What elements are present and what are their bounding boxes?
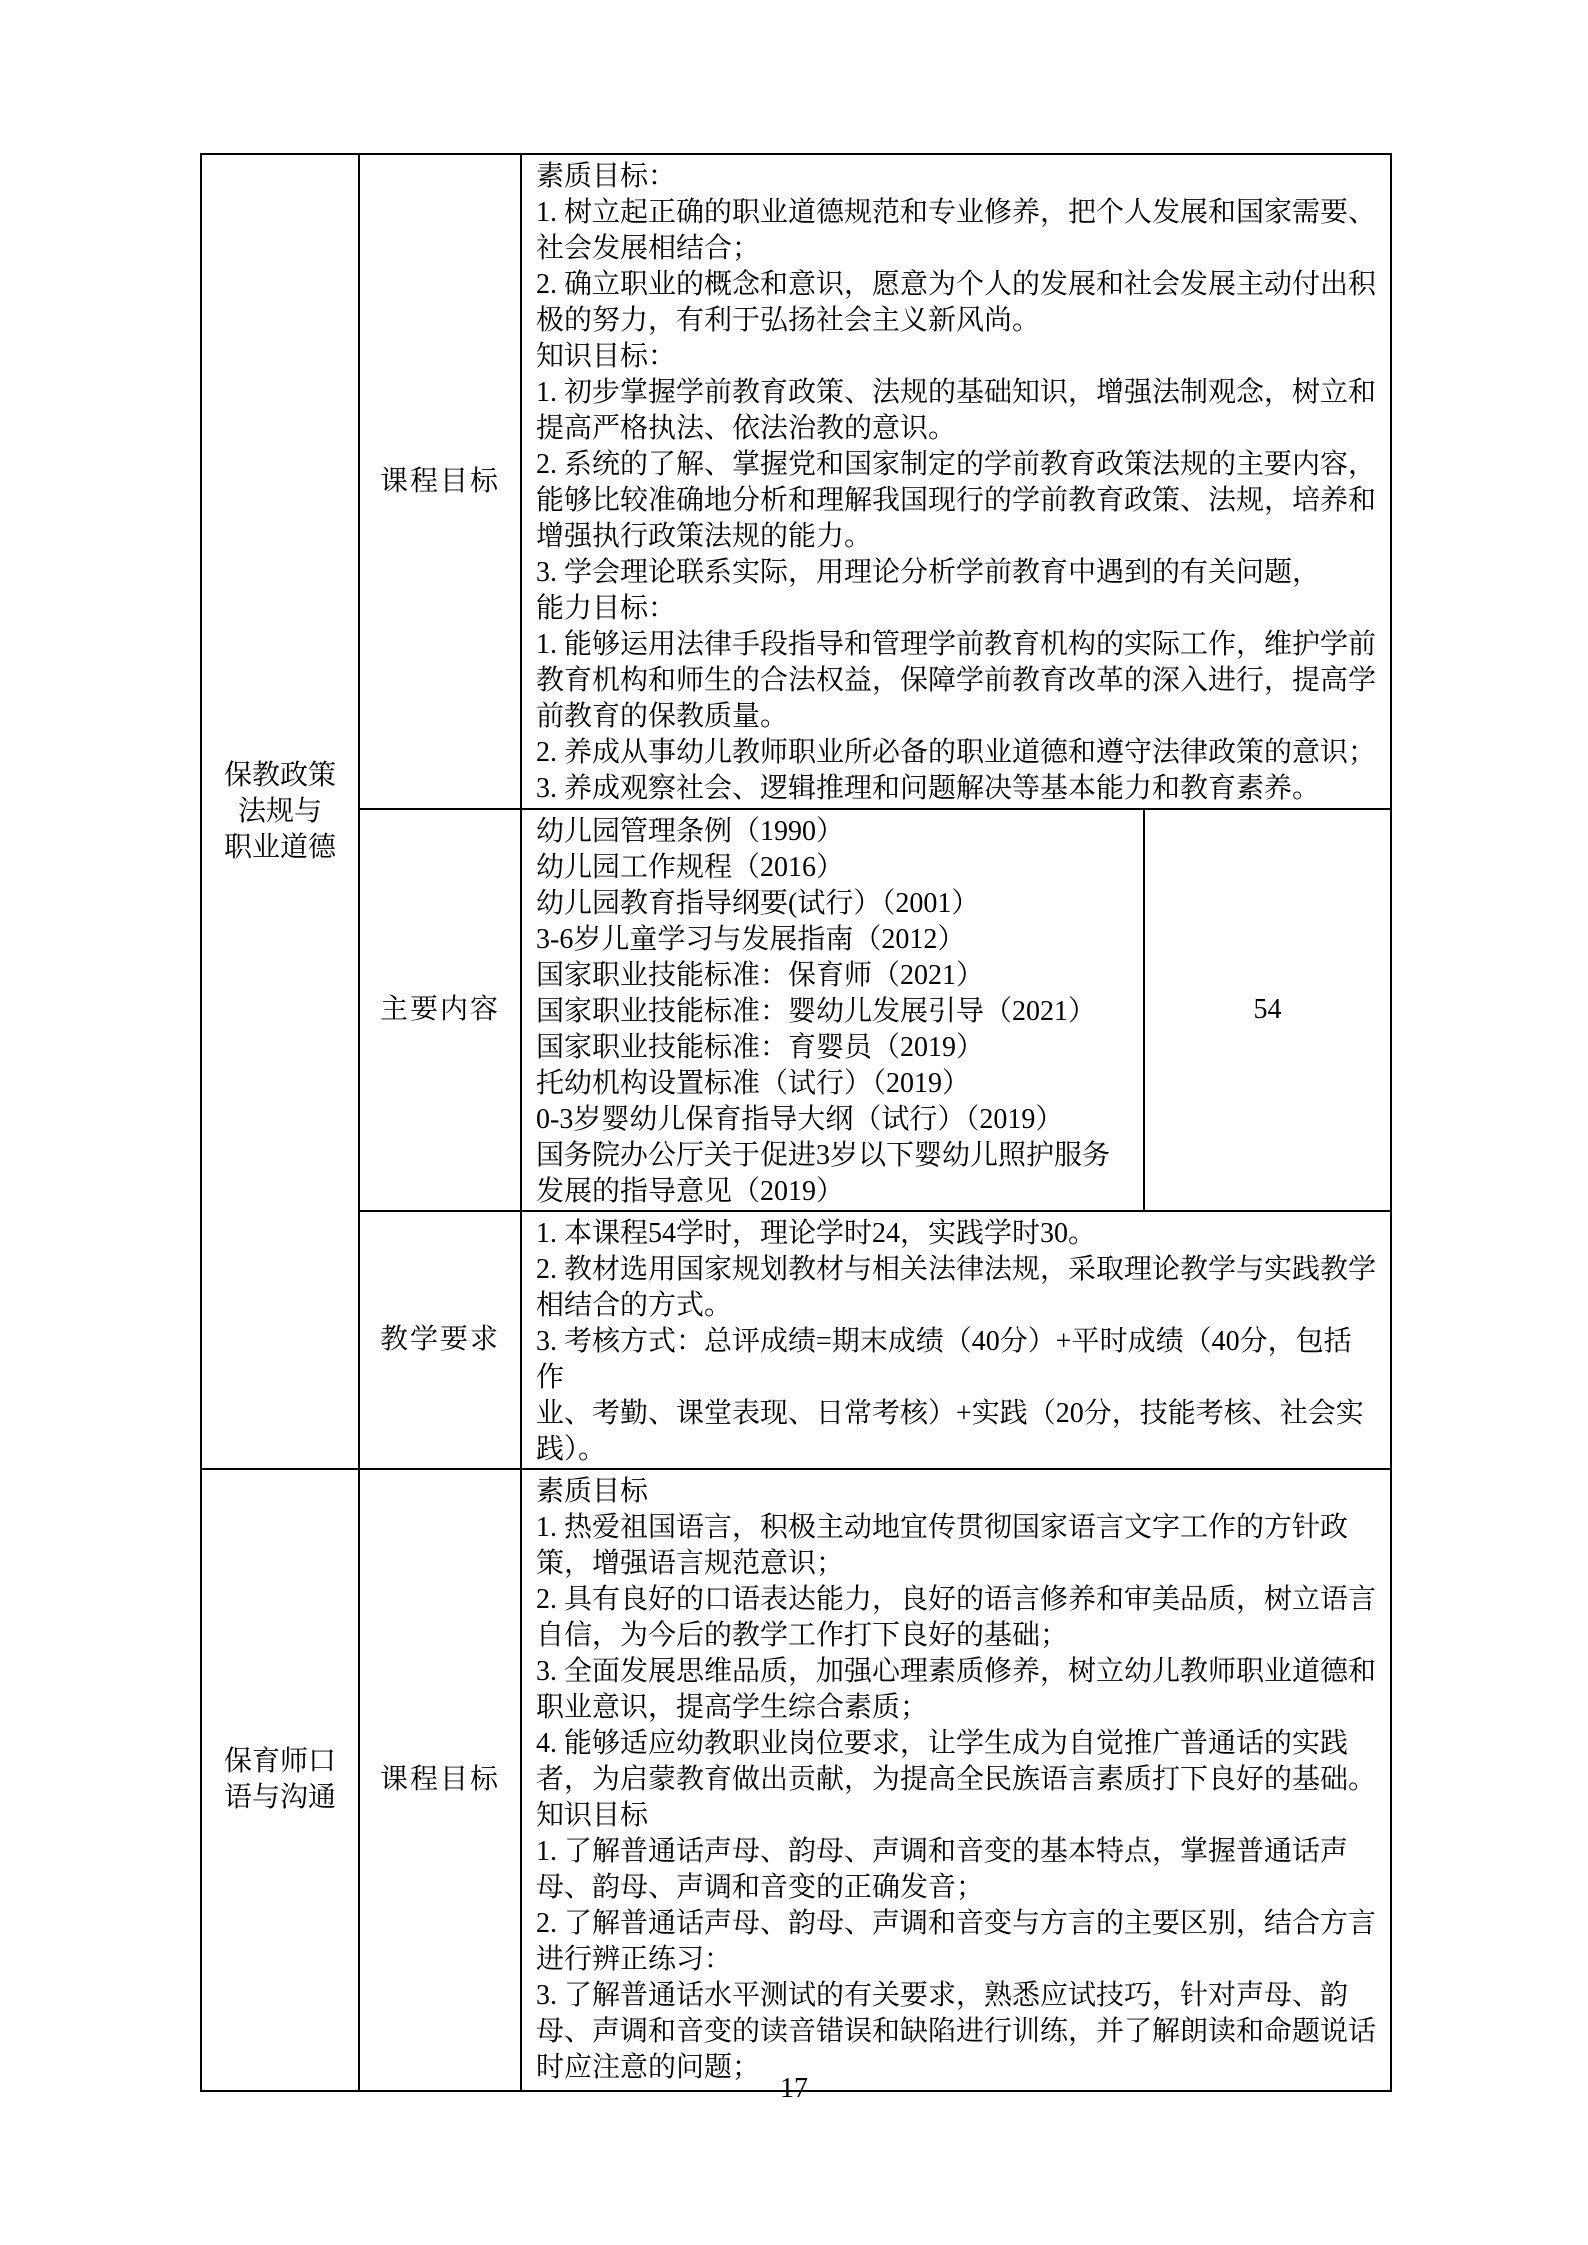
curriculum-table: 保教政策 法规与 职业道德 课程目标 素质目标： 1. 树立起正确的职业道德规范… [200, 153, 1392, 2092]
table-row-main-content: 主要内容 幼儿园管理条例（1990） 幼儿园工作规程（2016） 幼儿园教育指导… [201, 809, 1391, 1211]
table-row-section2-course-goals: 保育师口 语与沟通 课程目标 素质目标 1. 热爱祖国语言，积极主动地宜传贯彻国… [201, 1469, 1391, 2091]
credit-hours-cell: 54 [1144, 809, 1391, 1211]
row-label-course-goals: 课程目标 [359, 154, 521, 809]
row-label-course-goals-2: 课程目标 [359, 1469, 521, 2091]
row-label-main-content: 主要内容 [359, 809, 521, 1211]
content-cell-teaching-requirements: 1. 本课程54学时，理论学时24，实践学时30。 2. 教材选用国家规划教材与… [521, 1211, 1391, 1469]
document-page: 保教政策 法规与 职业道德 课程目标 素质目标： 1. 树立起正确的职业道德规范… [0, 0, 1588, 2245]
content-cell-main-content: 幼儿园管理条例（1990） 幼儿园工作规程（2016） 幼儿园教育指导纲要(试行… [521, 809, 1144, 1211]
content-cell-course-goals-2: 素质目标 1. 热爱祖国语言，积极主动地宜传贯彻国家语言文字工作的方针政 策，增… [521, 1469, 1391, 2091]
course-name-cell-section2: 保育师口 语与沟通 [201, 1469, 359, 2091]
page-number: 17 [0, 2072, 1588, 2106]
content-cell-course-goals: 素质目标： 1. 树立起正确的职业道德规范和专业修养，把个人发展和国家需要、 社… [521, 154, 1391, 809]
table-row-teaching-requirements: 教学要求 1. 本课程54学时，理论学时24，实践学时30。 2. 教材选用国家… [201, 1211, 1391, 1469]
table-row-course-goals: 保教政策 法规与 职业道德 课程目标 素质目标： 1. 树立起正确的职业道德规范… [201, 154, 1391, 809]
row-label-teaching-requirements: 教学要求 [359, 1211, 521, 1469]
course-name-cell-section1: 保教政策 法规与 职业道德 [201, 154, 359, 1469]
